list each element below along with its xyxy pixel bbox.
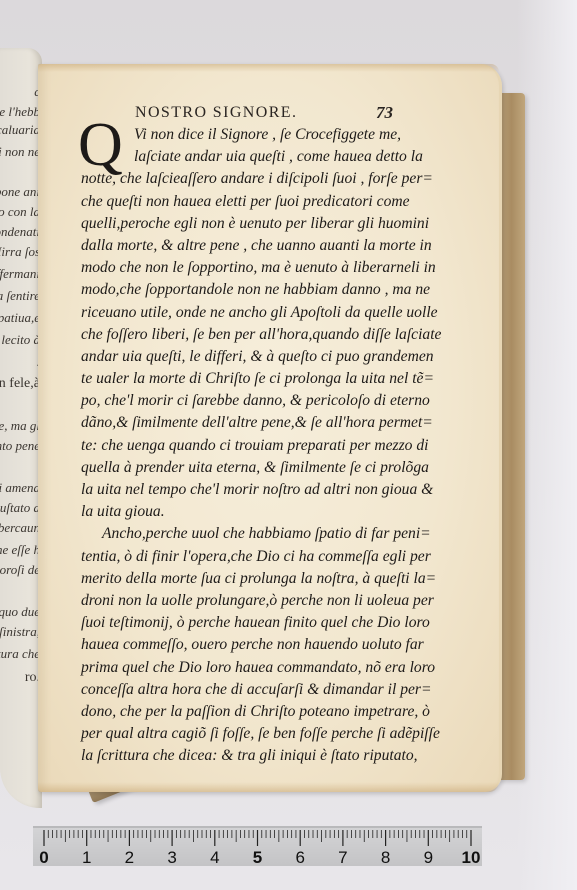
left-page-text-fragment: con fele,à	[0, 376, 40, 392]
text-line: po, che'l morir ci ſarebbe danno, & peri…	[81, 390, 439, 412]
page-edge-stain-top	[38, 64, 499, 72]
ruler-label: 0	[39, 848, 48, 868]
left-page-text-fragment: ſſe guſtato a	[0, 500, 40, 516]
text-line: conceſſa altra hora che di accuſarſi & d…	[81, 679, 439, 701]
text-line: dãno,& ſimilmente dell'altre pene,& ſe a…	[81, 412, 439, 434]
left-page-text-fragment: ui ſi pone ani	[0, 184, 40, 200]
ruler-label: 10	[462, 848, 481, 868]
page-number: 73	[376, 103, 393, 123]
ruler-label: 4	[210, 848, 219, 868]
ruler-label: 5	[253, 848, 262, 868]
left-page-text-fragment: non patiua,e	[0, 310, 40, 326]
text-line: modo,che ſopportandole non ne habbiam da…	[81, 279, 439, 301]
ruler-label: 2	[125, 848, 134, 868]
left-page-text-fragment: il uino con la	[0, 204, 40, 220]
text-line: quella à prender uita eterna, & ſimilmen…	[81, 457, 439, 479]
text-line: prima quel che Dio loro haueа commandato…	[81, 657, 439, 679]
text-line: che foſſero liberi, ſe ben per all'hora,…	[81, 324, 439, 346]
text-line: haueа commeſſo, ouero perche non hauendo…	[81, 634, 439, 656]
text-line: che queſti non haueа eletti per ſuoi pre…	[81, 191, 439, 213]
text-line: la ſcrittura che dicea: & tra gli iniqui…	[81, 745, 439, 767]
ruler-label: 8	[381, 848, 390, 868]
left-page-text-fragment: rgli amend	[0, 480, 40, 496]
left-page-text-fragment: i quo due	[0, 604, 40, 620]
left-page-text-fragment: ne l'hebb	[0, 104, 40, 120]
left-page-text-fragment: ti affermani	[0, 266, 40, 282]
text-line: ſuoi teſtimonij, ò perche haueаn finito …	[81, 612, 439, 634]
left-page: cne l'hebbi caluariaei non neui ſi pone …	[0, 48, 42, 808]
left-page-text-fragment: li era lecito à	[0, 332, 40, 348]
left-page-text-fragment: i caluaria	[0, 122, 40, 138]
ruler-label: 9	[424, 848, 433, 868]
ruler-label: 1	[82, 848, 91, 868]
ruler-label: 7	[338, 848, 347, 868]
text-line: dono, che per la paſſion di Chriſto pote…	[81, 701, 439, 723]
left-page-text-fragment: leua ſentire	[0, 288, 40, 304]
text-line: droni non la uolle prolungare,ò perche n…	[81, 590, 439, 612]
backdrop	[517, 0, 577, 890]
text-line: quelli,peroche egli non è uenuto per lib…	[81, 213, 439, 235]
running-title: NOSTRO SIGNORE.	[135, 104, 297, 122]
text-line: andar uia queſti, le differi, & à queſto…	[81, 346, 439, 368]
text-line: riceuano utile, onde ne ancho gli Apoſto…	[81, 302, 439, 324]
left-page-text-fragment: morte, ma gl	[0, 418, 40, 434]
text-line: te: che uenga quando ci trouiam preparat…	[81, 435, 439, 457]
left-page-text-fragment: lla ſinistra,	[0, 624, 40, 640]
back-cover-edge	[498, 93, 525, 780]
left-page-text-fragment: la Mirra ſos	[0, 244, 40, 260]
scale-ruler: 012345678910	[33, 826, 482, 866]
text-line: per qual altra cagiõ ſi foſſe, ſe ben fo…	[81, 723, 439, 745]
page-edge-stain-bottom	[38, 782, 499, 792]
text-line: notte, che laſcieaſſero andare i diſcipo…	[81, 168, 439, 190]
text-line: tentia, ò di finir l'opera,che Dio ci ha…	[81, 546, 439, 568]
left-page-text-fragment: a à condenati	[0, 224, 40, 240]
text-line: laſciate andar uia queſti , come haueа d…	[81, 146, 439, 168]
running-head: NOSTRO SIGNORE. 73	[135, 104, 475, 124]
ruler-label: 3	[167, 848, 176, 868]
left-page-text-fragment: ei non ne	[0, 144, 40, 160]
ruler-label: 6	[295, 848, 304, 868]
text-line: Vi non dice il Signore , ſe Crocefiggete…	[81, 124, 439, 146]
left-page-text-fragment: tanto pene	[0, 438, 40, 454]
left-page-text-fragment: ro che eſſe h	[0, 542, 40, 558]
text-line: la uita gioua.	[81, 501, 439, 523]
body-text: Vi non dice il Signore , ſe Crocefiggete…	[81, 124, 439, 767]
paragraph-start-line: Ancho,perche uuol che habbiamo ſpatio di…	[81, 523, 439, 545]
left-page-text-fragment: dal bercaun	[0, 520, 40, 536]
text-line: te ualer la morte di Chriſto ſe ci prolo…	[81, 368, 439, 390]
text-line: merito della morte ſua ci prolunga la no…	[81, 568, 439, 590]
text-line: modo che non le ſopportino, ma è uenuto …	[81, 257, 439, 279]
text-line: dalla morte, & altre pene , che uanno au…	[81, 235, 439, 257]
left-page-text-fragment: & timoroſi de	[0, 562, 40, 578]
left-page-text-fragment: critura che	[0, 646, 40, 662]
text-line: la uita nel tempo che'l morir noſtro ad …	[81, 479, 439, 501]
right-page: NOSTRO SIGNORE. 73 Q Vi non dice il Sign…	[38, 64, 502, 792]
